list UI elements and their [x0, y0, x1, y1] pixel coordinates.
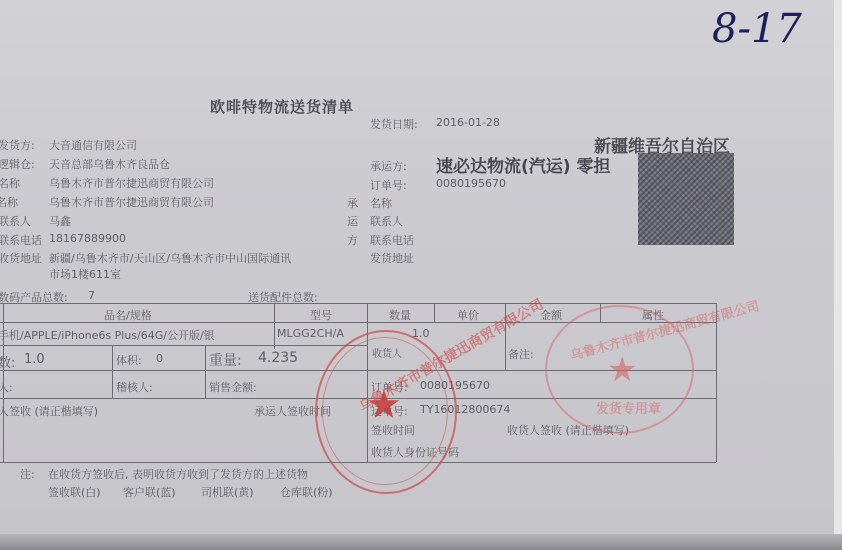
- weight-label: 重量:: [209, 350, 242, 370]
- carrier-contact-label: 联系人: [370, 213, 403, 229]
- order-value: 0080195670: [436, 177, 506, 190]
- warehouse-label: 逻辑仓:: [0, 156, 35, 172]
- ship-date-label: 发货日期:: [370, 116, 418, 132]
- consignee-name-label: 名称: [0, 175, 20, 191]
- header-product: 品名/规格: [104, 307, 152, 323]
- sender-value: 大音通信有限公司: [49, 137, 137, 153]
- person-label: 人:: [0, 379, 13, 395]
- sender-label: 发货方:: [0, 137, 35, 153]
- checker-label: 稽核人:: [116, 379, 153, 395]
- qr-code: [638, 153, 734, 245]
- address-line1: 新疆/乌鲁木齐市/天山区/乌鲁木齐市中山国际通讯: [49, 250, 291, 266]
- document-title: 欧啡特物流送货清单: [210, 96, 354, 117]
- note-text: 在收货方签收后, 表明收货方收到了发货方的上述货物: [48, 466, 308, 482]
- contact-label: 联系人: [0, 213, 31, 229]
- scan-edge: [834, 0, 842, 550]
- count-label: 数:: [0, 352, 15, 371]
- carrier-side-3: 方: [347, 232, 358, 248]
- volume-label: 体积:: [116, 352, 142, 368]
- table-line: [112, 345, 113, 398]
- row-product-name: 手机/APPLE/iPhone6s Plus/64G/公开版/银: [0, 327, 215, 343]
- table-line: [434, 303, 435, 322]
- table-line: [274, 303, 275, 349]
- sales-amount-label: 销售金额:: [209, 379, 257, 395]
- phone-value: 18167889900: [49, 232, 126, 245]
- weight-value: 4.235: [258, 350, 298, 366]
- note-label: 注:: [20, 466, 35, 482]
- volume-value: 0: [156, 352, 163, 365]
- carrier-phone-label: 联系电话: [370, 232, 414, 248]
- remark-label: 备注:: [508, 346, 534, 362]
- scan-shadow: [0, 534, 842, 550]
- copy-yellow: 司机联(黄): [201, 484, 254, 500]
- stamp-subtext: 发货专用章: [596, 398, 661, 417]
- copy-blue: 客户联(蓝): [123, 484, 176, 500]
- table-line: [716, 303, 717, 462]
- copy-white: 签收联(白): [48, 484, 101, 500]
- count-value: 1.0: [24, 352, 45, 367]
- row-model: MLGG2CH/A: [277, 327, 344, 340]
- carrier-label: 承运方:: [370, 158, 407, 174]
- unit-name-value: 乌鲁木齐市普尔捷迅商贸有限公司: [49, 194, 214, 210]
- carrier-side-2: 运: [347, 213, 358, 229]
- table-line: [205, 345, 206, 398]
- order-label: 订单号:: [370, 177, 407, 193]
- consignee-name-value: 乌鲁木齐市普尔捷迅商贸有限公司: [49, 175, 214, 191]
- carrier-side-1: 承: [347, 195, 358, 211]
- table-line: [0, 303, 716, 304]
- header-model: 型号: [310, 307, 332, 323]
- ship-date-value: 2016-01-28: [436, 116, 500, 129]
- carrier-address-label: 发货地址: [370, 250, 414, 266]
- sign-label: 人签收 (请正楷填写): [0, 403, 98, 419]
- unit-name-label: 单位名称: [0, 194, 18, 210]
- phone-label: 联系电话: [0, 232, 42, 248]
- digital-total-value: 7: [88, 289, 95, 302]
- copy-pink: 仓库联(粉): [280, 484, 333, 500]
- handwritten-note: 8-17: [712, 6, 802, 52]
- contact-value: 马鑫: [49, 213, 71, 229]
- header-unit-price: 单价: [457, 307, 479, 323]
- carrier-name-label: 名称: [370, 195, 392, 211]
- carrier-value: 速必达物流(汽运) 零担: [436, 152, 610, 177]
- stamp-star-icon: ★: [607, 350, 637, 390]
- address-label: 收货地址: [0, 250, 42, 266]
- warehouse-value: 天音总部乌鲁木齐良品仓: [49, 156, 170, 172]
- header-qty: 数量: [389, 307, 411, 323]
- address-line2: 市场1楼611室: [49, 266, 121, 282]
- table-line: [0, 345, 367, 346]
